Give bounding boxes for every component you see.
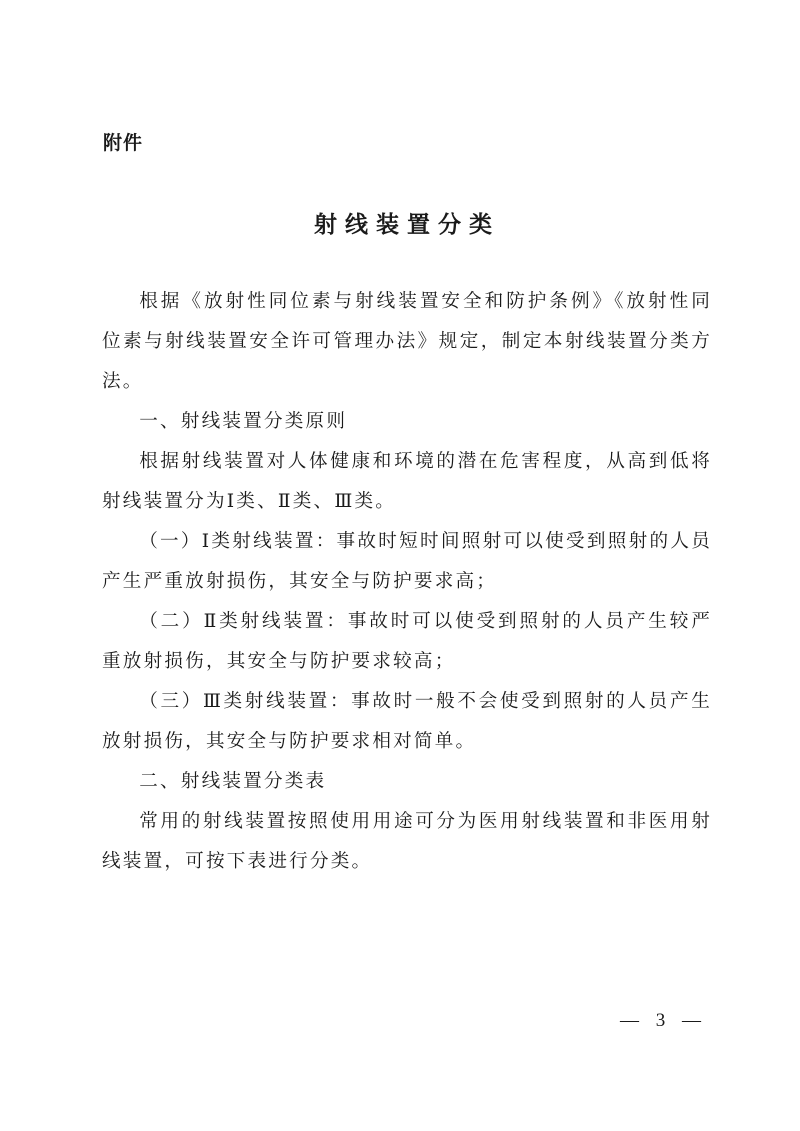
document-page: 附件 射线装置分类 根据《放射性同位素与射线装置安全和防护条例》《放射性同位素与…	[0, 0, 800, 1131]
paragraph-class-3: （三）Ⅲ类射线装置：事故时一般不会使受到照射的人员产生放射损伤，其安全与防护要求…	[102, 682, 712, 762]
paragraph-class-2: （二）Ⅱ类射线装置：事故时可以使受到照射的人员产生较严重放射损伤，其安全与防护要…	[102, 602, 712, 682]
paragraph-table-intro: 常用的射线装置按照使用用途可分为医用射线装置和非医用射线装置，可按下表进行分类。	[102, 802, 712, 882]
page-title: 射线装置分类	[0, 206, 800, 239]
page-number: — 3 —	[620, 1010, 707, 1032]
intro-paragraph: 根据《放射性同位素与射线装置安全和防护条例》《放射性同位素与射线装置安全许可管理…	[102, 282, 712, 402]
paragraph-principles: 根据射线装置对人体健康和环境的潜在危害程度，从高到低将射线装置分为Ⅰ类、Ⅱ类、Ⅲ…	[102, 442, 712, 522]
document-body: 根据《放射性同位素与射线装置安全和防护条例》《放射性同位素与射线装置安全许可管理…	[102, 282, 712, 882]
section-heading-table: 二、射线装置分类表	[102, 762, 712, 802]
attachment-label: 附件	[103, 128, 143, 155]
section-heading-principles: 一、射线装置分类原则	[102, 402, 712, 442]
paragraph-class-1: （一）Ⅰ类射线装置：事故时短时间照射可以使受到照射的人员产生严重放射损伤，其安全…	[102, 522, 712, 602]
